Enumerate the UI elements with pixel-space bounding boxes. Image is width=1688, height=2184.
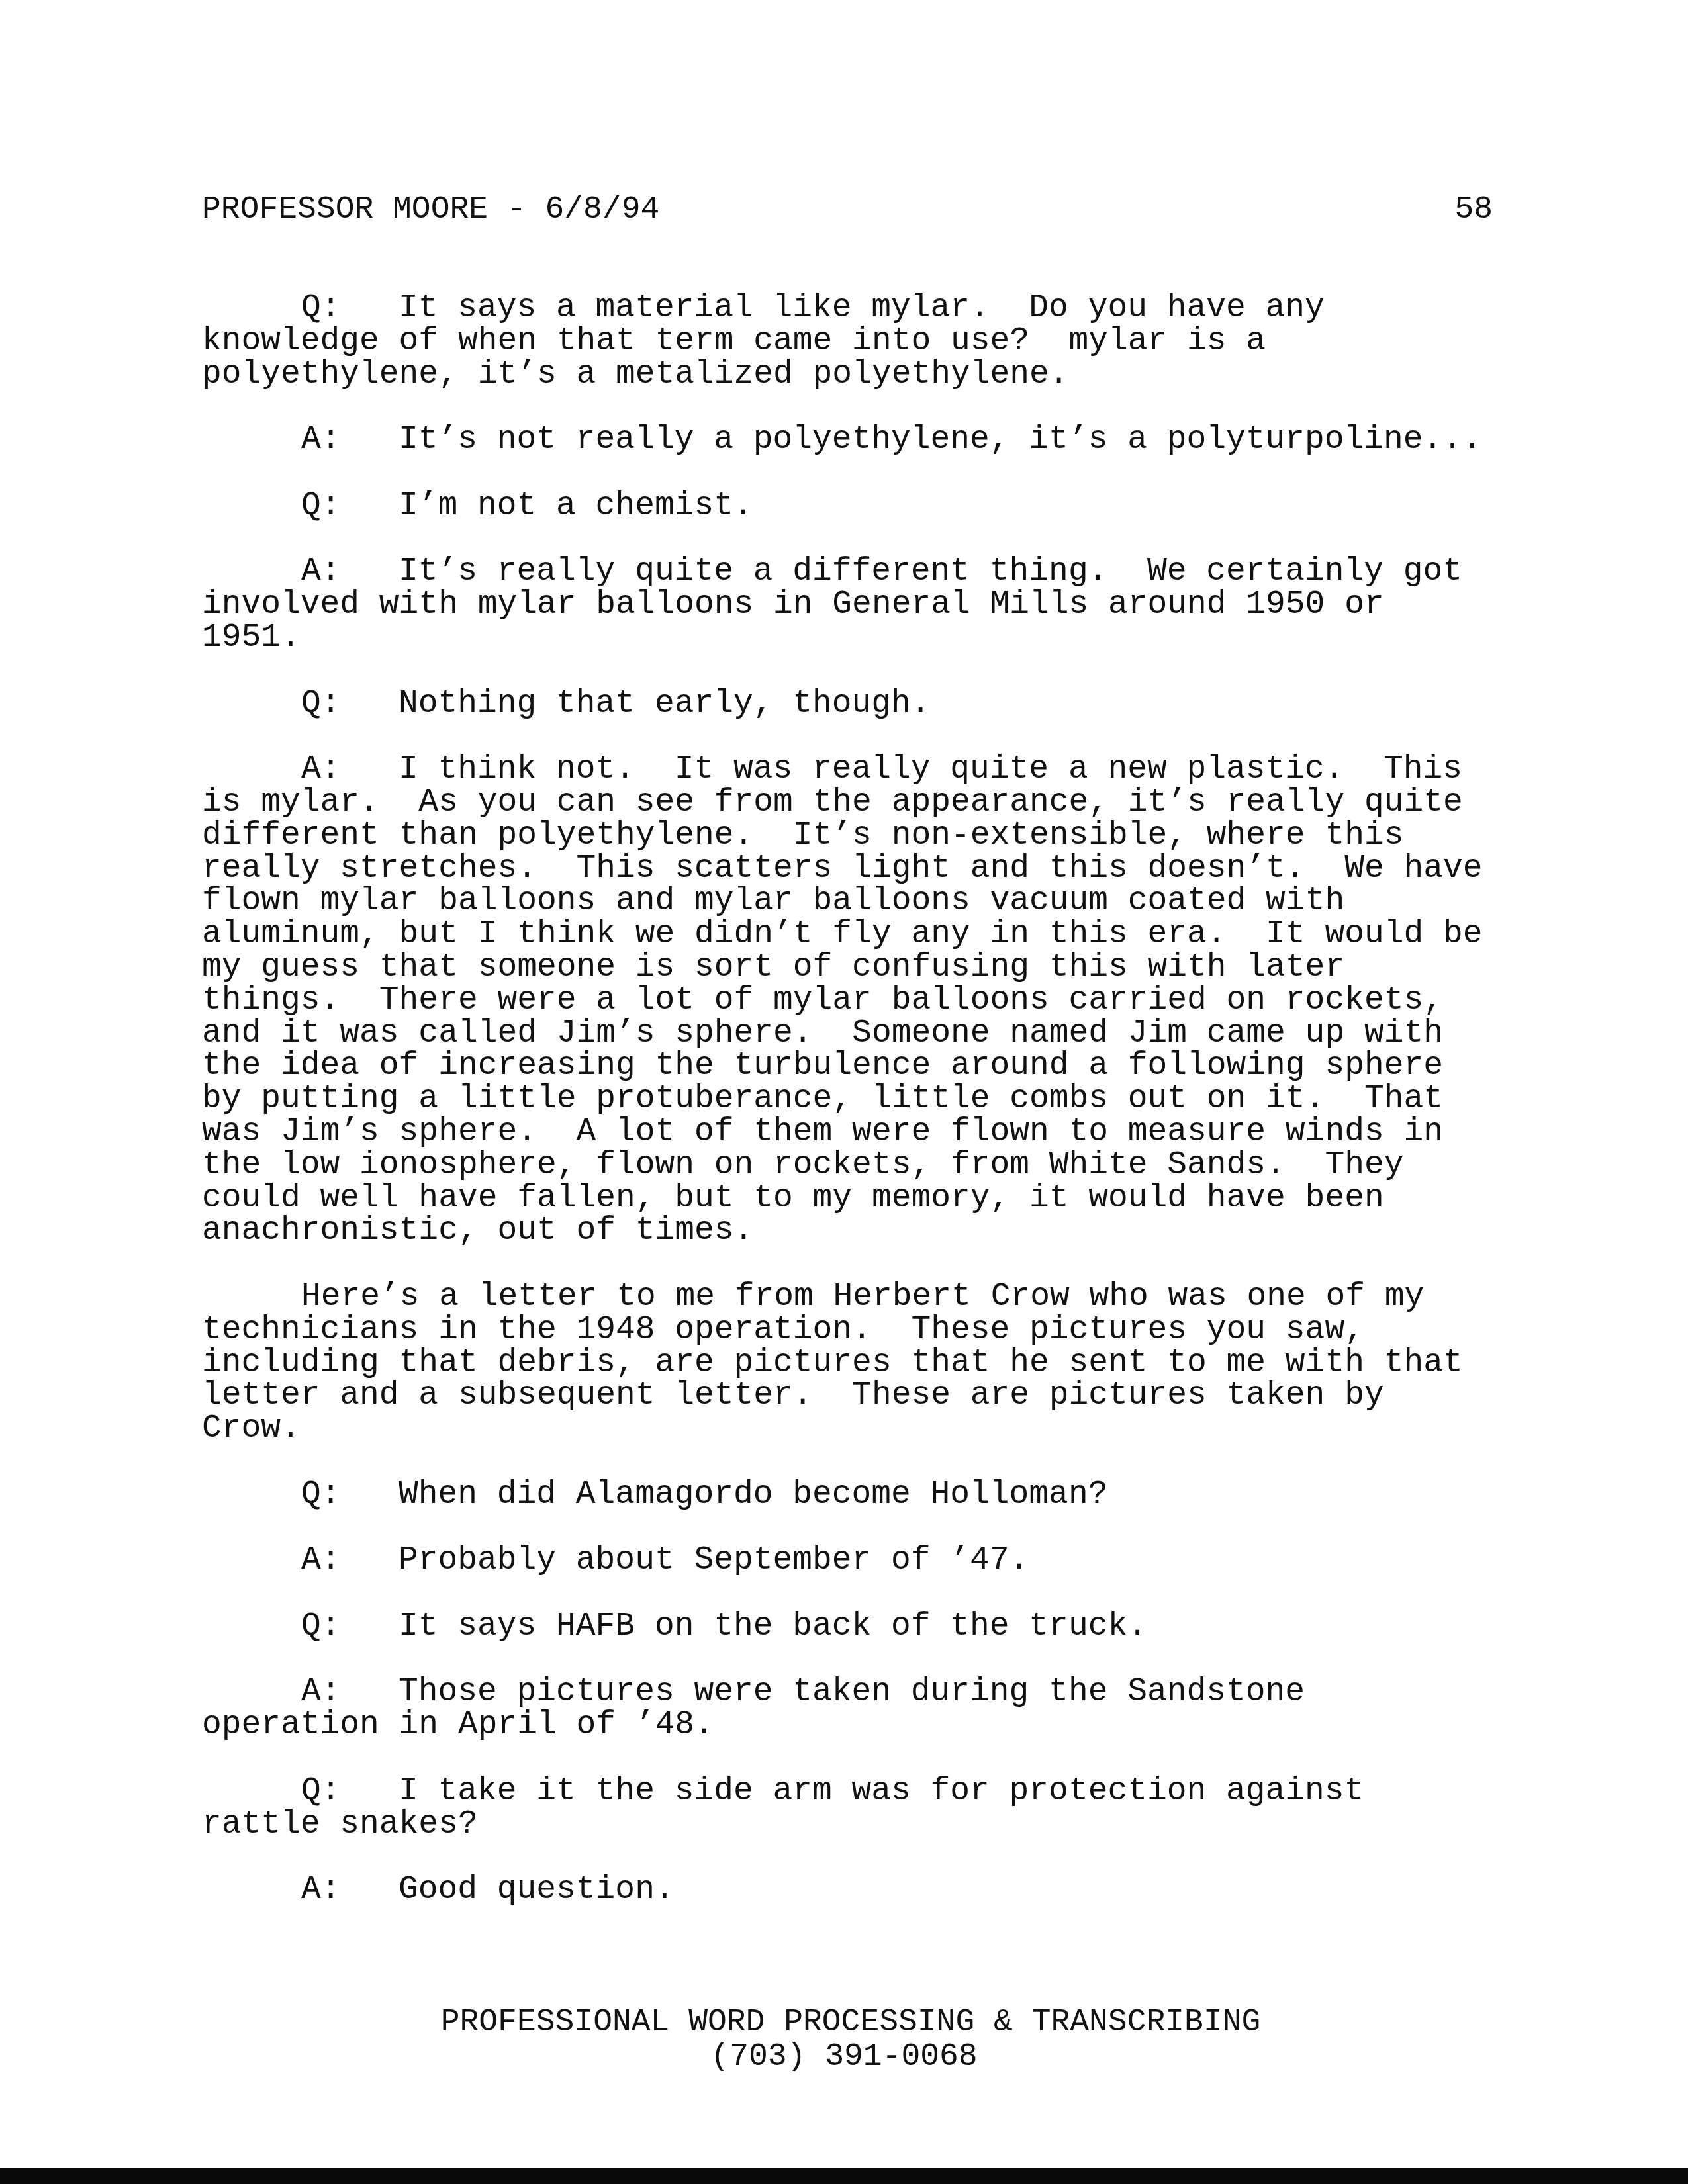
transcript-body: Q:It says a material like mylar. Do you … [202,292,1526,1940]
speaker-label: Q: [202,1775,399,1808]
line-text: Those pictures were taken during the San… [399,1673,1305,1710]
question-paragraph: Q:I’m not a chemist. [202,490,1526,523]
line-text: could well have fallen, but to my memory… [202,1179,1384,1216]
header-title: PROFESSOR MOORE - 6/8/94 [202,193,659,226]
answer-paragraph: A:Probably about September of ’47. [202,1544,1526,1577]
text-line: could well have fallen, but to my memory… [202,1182,1526,1215]
line-text: including that debris, are pictures that… [202,1344,1463,1381]
page-number: 58 [1454,193,1493,226]
answer-paragraph: A:Good question. [202,1874,1526,1907]
text-line: the low ionosphere, flown on rockets, fr… [202,1149,1526,1182]
text-line: A:I think not. It was really quite a new… [202,753,1526,786]
question-paragraph: Q:I take it the side arm was for protect… [202,1775,1526,1841]
text-line: my guess that someone is sort of confusi… [202,951,1526,984]
line-text: the idea of increasing the turbulence ar… [202,1047,1443,1084]
line-text: rattle snakes? [202,1805,478,1843]
text-line: is mylar. As you can see from the appear… [202,786,1526,819]
line-text: Probably about September of ’47. [399,1541,1029,1578]
narrative-paragraph: Here’s a letter to me from Herbert Crow … [202,1281,1526,1445]
text-line: flown mylar balloons and mylar balloons … [202,885,1526,918]
text-line: Q:Nothing that early, though. [202,688,1526,721]
line-text: I think not. It was really quite a new p… [399,751,1462,788]
speaker-label: A: [202,1874,399,1907]
line-text: operation in April of ’48. [202,1706,714,1743]
line-text: Crow. [202,1410,301,1447]
text-line: things. There were a lot of mylar balloo… [202,984,1526,1017]
speaker-label: A: [202,424,399,457]
text-line: Q:I take it the side arm was for protect… [202,1775,1526,1808]
text-line: Q:It says a material like mylar. Do you … [202,292,1526,325]
line-text: by putting a little protuberance, little… [202,1080,1443,1117]
text-line: Q:It says HAFB on the back of the truck. [202,1610,1526,1643]
line-text: Good question. [399,1871,675,1908]
text-line: different than polyethylene. It’s non-ex… [202,819,1526,852]
line-text: anachronistic, out of times. [202,1212,753,1249]
text-line: polyethylene, it’s a metalized polyethyl… [202,358,1526,391]
speaker-label: A: [202,555,399,588]
speaker-label: Q: [202,1610,399,1643]
speaker-label: A: [202,1676,399,1709]
transcript-page: PROFESSOR MOORE - 6/8/94 58 Q:It says a … [0,0,1688,2184]
text-line: rattle snakes? [202,1808,1526,1841]
text-line: Q:When did Alamagordo become Holloman? [202,1479,1526,1512]
answer-paragraph: A:It’s not really a polyethylene, it’s a… [202,424,1526,457]
text-line: Crow. [202,1412,1526,1445]
line-text: letter and a subsequent letter. These ar… [202,1377,1384,1414]
line-text: Here’s a letter to me from Herbert Crow … [301,1278,1424,1315]
line-text: It’s not really a polyethylene, it’s a p… [399,421,1482,458]
text-line: letter and a subsequent letter. These ar… [202,1379,1526,1412]
text-line: knowledge of when that term came into us… [202,325,1526,358]
text-line: A:Probably about September of ’47. [202,1544,1526,1577]
line-text: involved with mylar balloons in General … [202,586,1384,623]
line-text: aluminum, but I think we didn’t fly any … [202,915,1482,952]
page-footer: PROFESSIONAL WORD PROCESSING & TRANSCRIB… [0,2005,1688,2074]
footer-company: PROFESSIONAL WORD PROCESSING & TRANSCRIB… [0,2005,1688,2040]
speaker-label: A: [202,753,399,786]
line-text: I’m not a chemist. [399,487,753,524]
text-line: anachronistic, out of times. [202,1214,1526,1248]
text-line: and it was called Jim’s sphere. Someone … [202,1017,1526,1050]
text-line: 1951. [202,621,1526,655]
line-text: and it was called Jim’s sphere. Someone … [202,1015,1443,1052]
line-text: the low ionosphere, flown on rockets, fr… [202,1146,1403,1183]
text-line: Here’s a letter to me from Herbert Crow … [202,1281,1526,1314]
text-line: including that debris, are pictures that… [202,1347,1526,1380]
answer-paragraph: A:It’s really quite a different thing. W… [202,555,1526,654]
answer-paragraph: A:Those pictures were taken during the S… [202,1676,1526,1742]
line-text: was Jim’s sphere. A lot of them were flo… [202,1113,1443,1150]
footer-phone: (703) 391-0068 [0,2040,1688,2074]
speaker-label: Q: [202,1479,399,1512]
line-text: 1951. [202,619,301,656]
line-text: It says a material like mylar. Do you ha… [399,289,1325,326]
line-text: polyethylene, it’s a metalized polyethyl… [202,355,1069,392]
line-text: flown mylar balloons and mylar balloons … [202,882,1344,919]
text-line: really stretches. This scatters light an… [202,852,1526,886]
text-line: Q:I’m not a chemist. [202,490,1526,523]
line-text: is mylar. As you can see from the appear… [202,784,1463,821]
text-line: aluminum, but I think we didn’t fly any … [202,918,1526,951]
line-text: different than polyethylene. It’s non-ex… [202,817,1403,854]
speaker-label: Q: [202,688,399,721]
speaker-label: Q: [202,490,399,523]
scan-edge-bar [0,2168,1688,2184]
line-text: I take it the side arm was for protectio… [399,1772,1364,1809]
text-line: A:Those pictures were taken during the S… [202,1676,1526,1709]
question-paragraph: Q:It says HAFB on the back of the truck. [202,1610,1526,1643]
answer-paragraph: A:I think not. It was really quite a new… [202,753,1526,1248]
line-text: knowledge of when that term came into us… [202,322,1266,359]
text-line: technicians in the 1948 operation. These… [202,1314,1526,1347]
speaker-label: Q: [202,292,399,325]
line-text: really stretches. This scatters light an… [202,850,1482,887]
text-line: operation in April of ’48. [202,1709,1526,1742]
text-line: was Jim’s sphere. A lot of them were flo… [202,1116,1526,1149]
line-text: It’s really quite a different thing. We … [399,553,1462,590]
line-text: When did Alamagordo become Holloman? [399,1476,1107,1513]
line-text: technicians in the 1948 operation. These… [202,1311,1364,1348]
text-line: the idea of increasing the turbulence ar… [202,1050,1526,1083]
text-line: involved with mylar balloons in General … [202,588,1526,621]
question-paragraph: Q:When did Alamagordo become Holloman? [202,1479,1526,1512]
speaker-label: A: [202,1544,399,1577]
text-line: A:It’s not really a polyethylene, it’s a… [202,424,1526,457]
line-text: Nothing that early, though. [399,685,931,722]
text-line: A:It’s really quite a different thing. W… [202,555,1526,588]
text-line: by putting a little protuberance, little… [202,1083,1526,1116]
question-paragraph: Q:Nothing that early, though. [202,688,1526,721]
line-text: It says HAFB on the back of the truck. [399,1608,1147,1645]
line-text: my guess that someone is sort of confusi… [202,948,1344,985]
text-line: A:Good question. [202,1874,1526,1907]
line-text: things. There were a lot of mylar balloo… [202,981,1443,1019]
question-paragraph: Q:It says a material like mylar. Do you … [202,292,1526,390]
